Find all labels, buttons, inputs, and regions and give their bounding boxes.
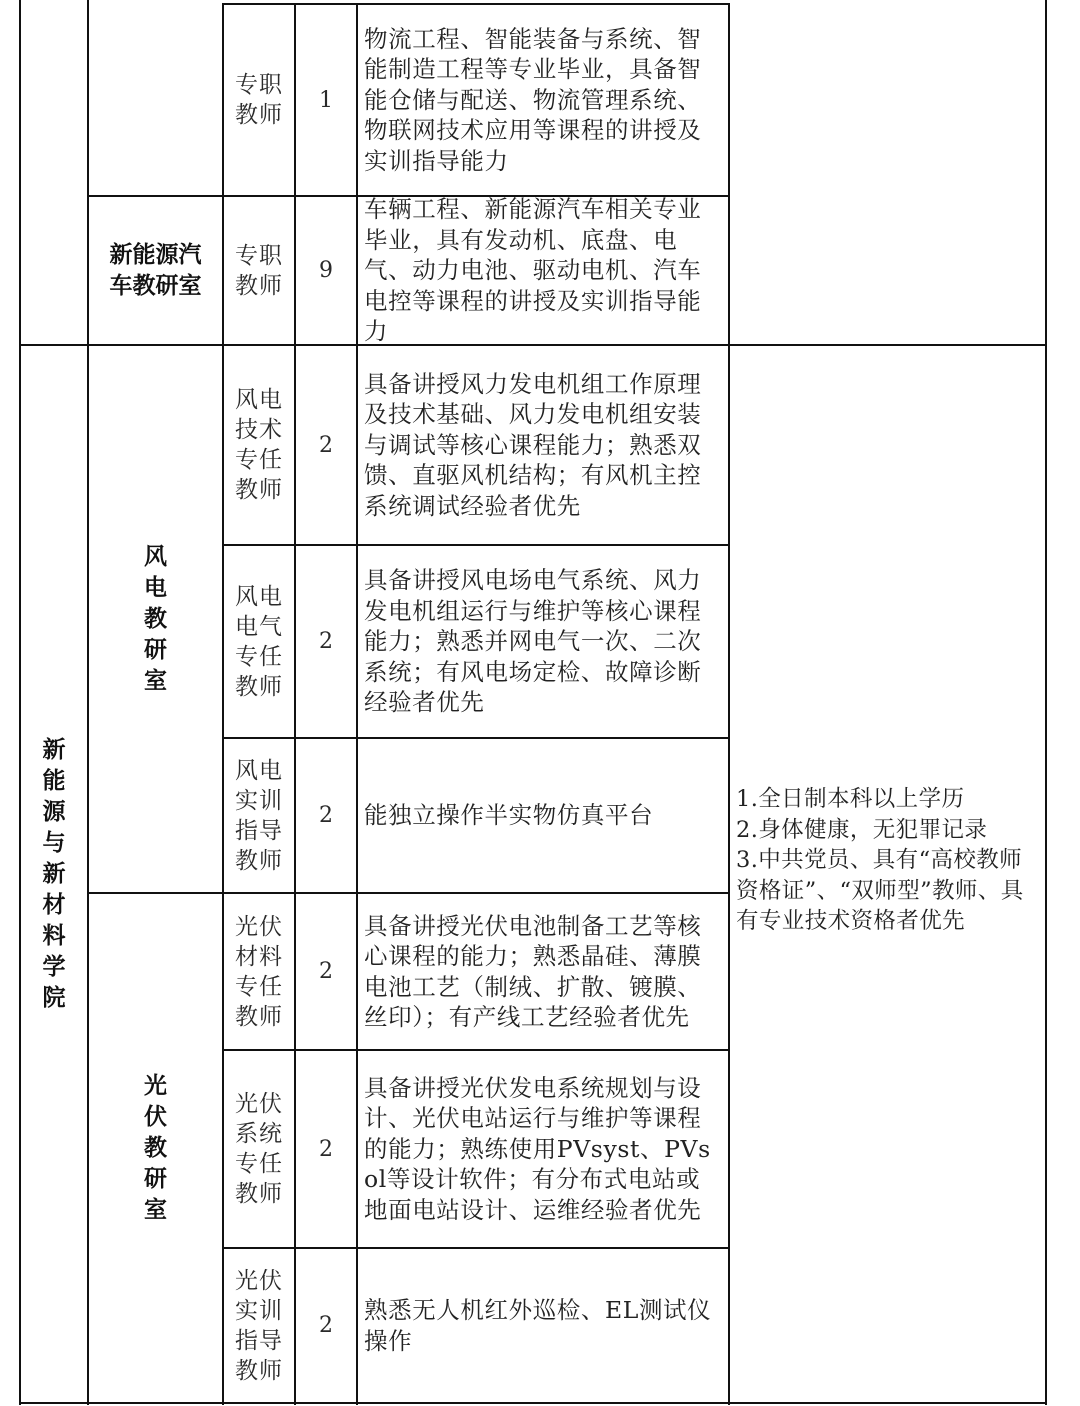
headcount: 2 bbox=[319, 629, 333, 654]
position-cell: 风电实训指导教师 bbox=[224, 739, 294, 892]
requirements-text: 熟悉无人机红外巡检、EL测试仪操作 bbox=[364, 1295, 722, 1356]
headcount: 2 bbox=[319, 803, 333, 828]
college-name: 新能源与新材料学院 bbox=[40, 735, 68, 1014]
note-item: 2.身体健康，无犯罪记录 bbox=[736, 815, 987, 846]
count-cell: 2 bbox=[296, 1051, 356, 1247]
position-title: 光伏材料专任教师 bbox=[232, 912, 286, 1032]
position-title: 风电实训指导教师 bbox=[232, 756, 286, 876]
requirements-text: 具备讲授风电场电气系统、风力发电机组运行与维护等核心课程能力；熟悉并网电气一次、… bbox=[364, 565, 722, 718]
position-title: 专职教师 bbox=[232, 241, 286, 301]
department-name: 新能源汽车教研室 bbox=[102, 240, 210, 302]
requirements-cell: 具备讲授风电场电气系统、风力发电机组运行与维护等核心课程能力；熟悉并网电气一次、… bbox=[358, 546, 728, 737]
position-title: 风电技术专任教师 bbox=[232, 385, 286, 505]
requirements-text: 具备讲授光伏发电系统规划与设计、光伏电站运行与维护等课程的能力；熟练使用PVsy… bbox=[364, 1073, 722, 1226]
headcount: 2 bbox=[319, 433, 333, 458]
count-cell: 2 bbox=[296, 546, 356, 737]
requirements-cell: 具备讲授光伏发电系统规划与设计、光伏电站运行与维护等课程的能力；熟练使用PVsy… bbox=[358, 1051, 728, 1247]
position-cell: 专职教师 bbox=[224, 5, 294, 195]
requirements-text: 具备讲授光伏电池制备工艺等核心课程的能力；熟悉晶硅、薄膜电池工艺（制绒、扩散、镀… bbox=[364, 911, 722, 1033]
position-cell: 光伏材料专任教师 bbox=[224, 894, 294, 1049]
headcount: 2 bbox=[319, 1313, 333, 1338]
headcount: 9 bbox=[319, 258, 333, 283]
headcount: 2 bbox=[319, 959, 333, 984]
requirements-cell: 具备讲授光伏电池制备工艺等核心课程的能力；熟悉晶硅、薄膜电池工艺（制绒、扩散、镀… bbox=[358, 894, 728, 1049]
position-title: 光伏实训指导教师 bbox=[232, 1266, 286, 1386]
requirements-cell: 车辆工程、新能源汽车相关专业毕业，具有发动机、底盘、电气、动力电池、驱动电机、汽… bbox=[358, 197, 728, 344]
college-cell: 新能源与新材料学院 bbox=[21, 346, 87, 1402]
grid-line bbox=[19, 1402, 1047, 1404]
note-item: 3.中共党员、具有“高校教师资格证”、“双师型”教师、具有专业技术资格者优先 bbox=[736, 845, 1039, 937]
grid-line bbox=[1045, 0, 1047, 1405]
department-name: 光伏教研室 bbox=[142, 1071, 170, 1226]
note-item: 1.全日制本科以上学历 bbox=[736, 784, 964, 815]
department-cell-ev: 新能源汽车教研室 bbox=[89, 197, 222, 344]
requirements-text: 能独立操作半实物仿真平台 bbox=[364, 800, 653, 831]
requirements-text: 车辆工程、新能源汽车相关专业毕业，具有发动机、底盘、电气、动力电池、驱动电机、汽… bbox=[364, 194, 722, 347]
count-cell: 2 bbox=[296, 739, 356, 892]
headcount: 2 bbox=[319, 1137, 333, 1162]
count-cell: 2 bbox=[296, 346, 356, 544]
count-cell: 2 bbox=[296, 894, 356, 1049]
count-cell: 1 bbox=[296, 5, 356, 195]
position-cell: 风电技术专任教师 bbox=[224, 346, 294, 544]
requirements-cell: 具备讲授风力发电机组工作原理及技术基础、风力发电机组安装与调试等核心课程能力；熟… bbox=[358, 346, 728, 544]
position-cell: 风电电气专任教师 bbox=[224, 546, 294, 737]
position-cell: 光伏系统专任教师 bbox=[224, 1051, 294, 1247]
notes-cell: 1.全日制本科以上学历 2.身体健康，无犯罪记录 3.中共党员、具有“高校教师资… bbox=[730, 346, 1045, 1402]
count-cell: 9 bbox=[296, 197, 356, 344]
requirements-cell: 能独立操作半实物仿真平台 bbox=[358, 739, 728, 892]
position-cell: 专职教师 bbox=[224, 197, 294, 344]
position-title: 风电电气专任教师 bbox=[232, 582, 286, 702]
position-title: 光伏系统专任教师 bbox=[232, 1089, 286, 1209]
department-name: 风电教研室 bbox=[142, 542, 170, 697]
position-title: 专职教师 bbox=[232, 70, 286, 130]
department-cell-pv: 光伏教研室 bbox=[89, 894, 222, 1402]
requirements-cell: 熟悉无人机红外巡检、EL测试仪操作 bbox=[358, 1249, 728, 1402]
requirements-text: 具备讲授风力发电机组工作原理及技术基础、风力发电机组安装与调试等核心课程能力；熟… bbox=[364, 369, 722, 522]
department-cell-wind: 风电教研室 bbox=[89, 346, 222, 892]
requirements-cell: 物流工程、智能装备与系统、智能制造工程等专业毕业，具备智能仓储与配送、物流管理系… bbox=[358, 5, 728, 195]
requirements-text: 物流工程、智能装备与系统、智能制造工程等专业毕业，具备智能仓储与配送、物流管理系… bbox=[364, 24, 722, 177]
position-cell: 光伏实训指导教师 bbox=[224, 1249, 294, 1402]
count-cell: 2 bbox=[296, 1249, 356, 1402]
headcount: 1 bbox=[319, 88, 333, 113]
